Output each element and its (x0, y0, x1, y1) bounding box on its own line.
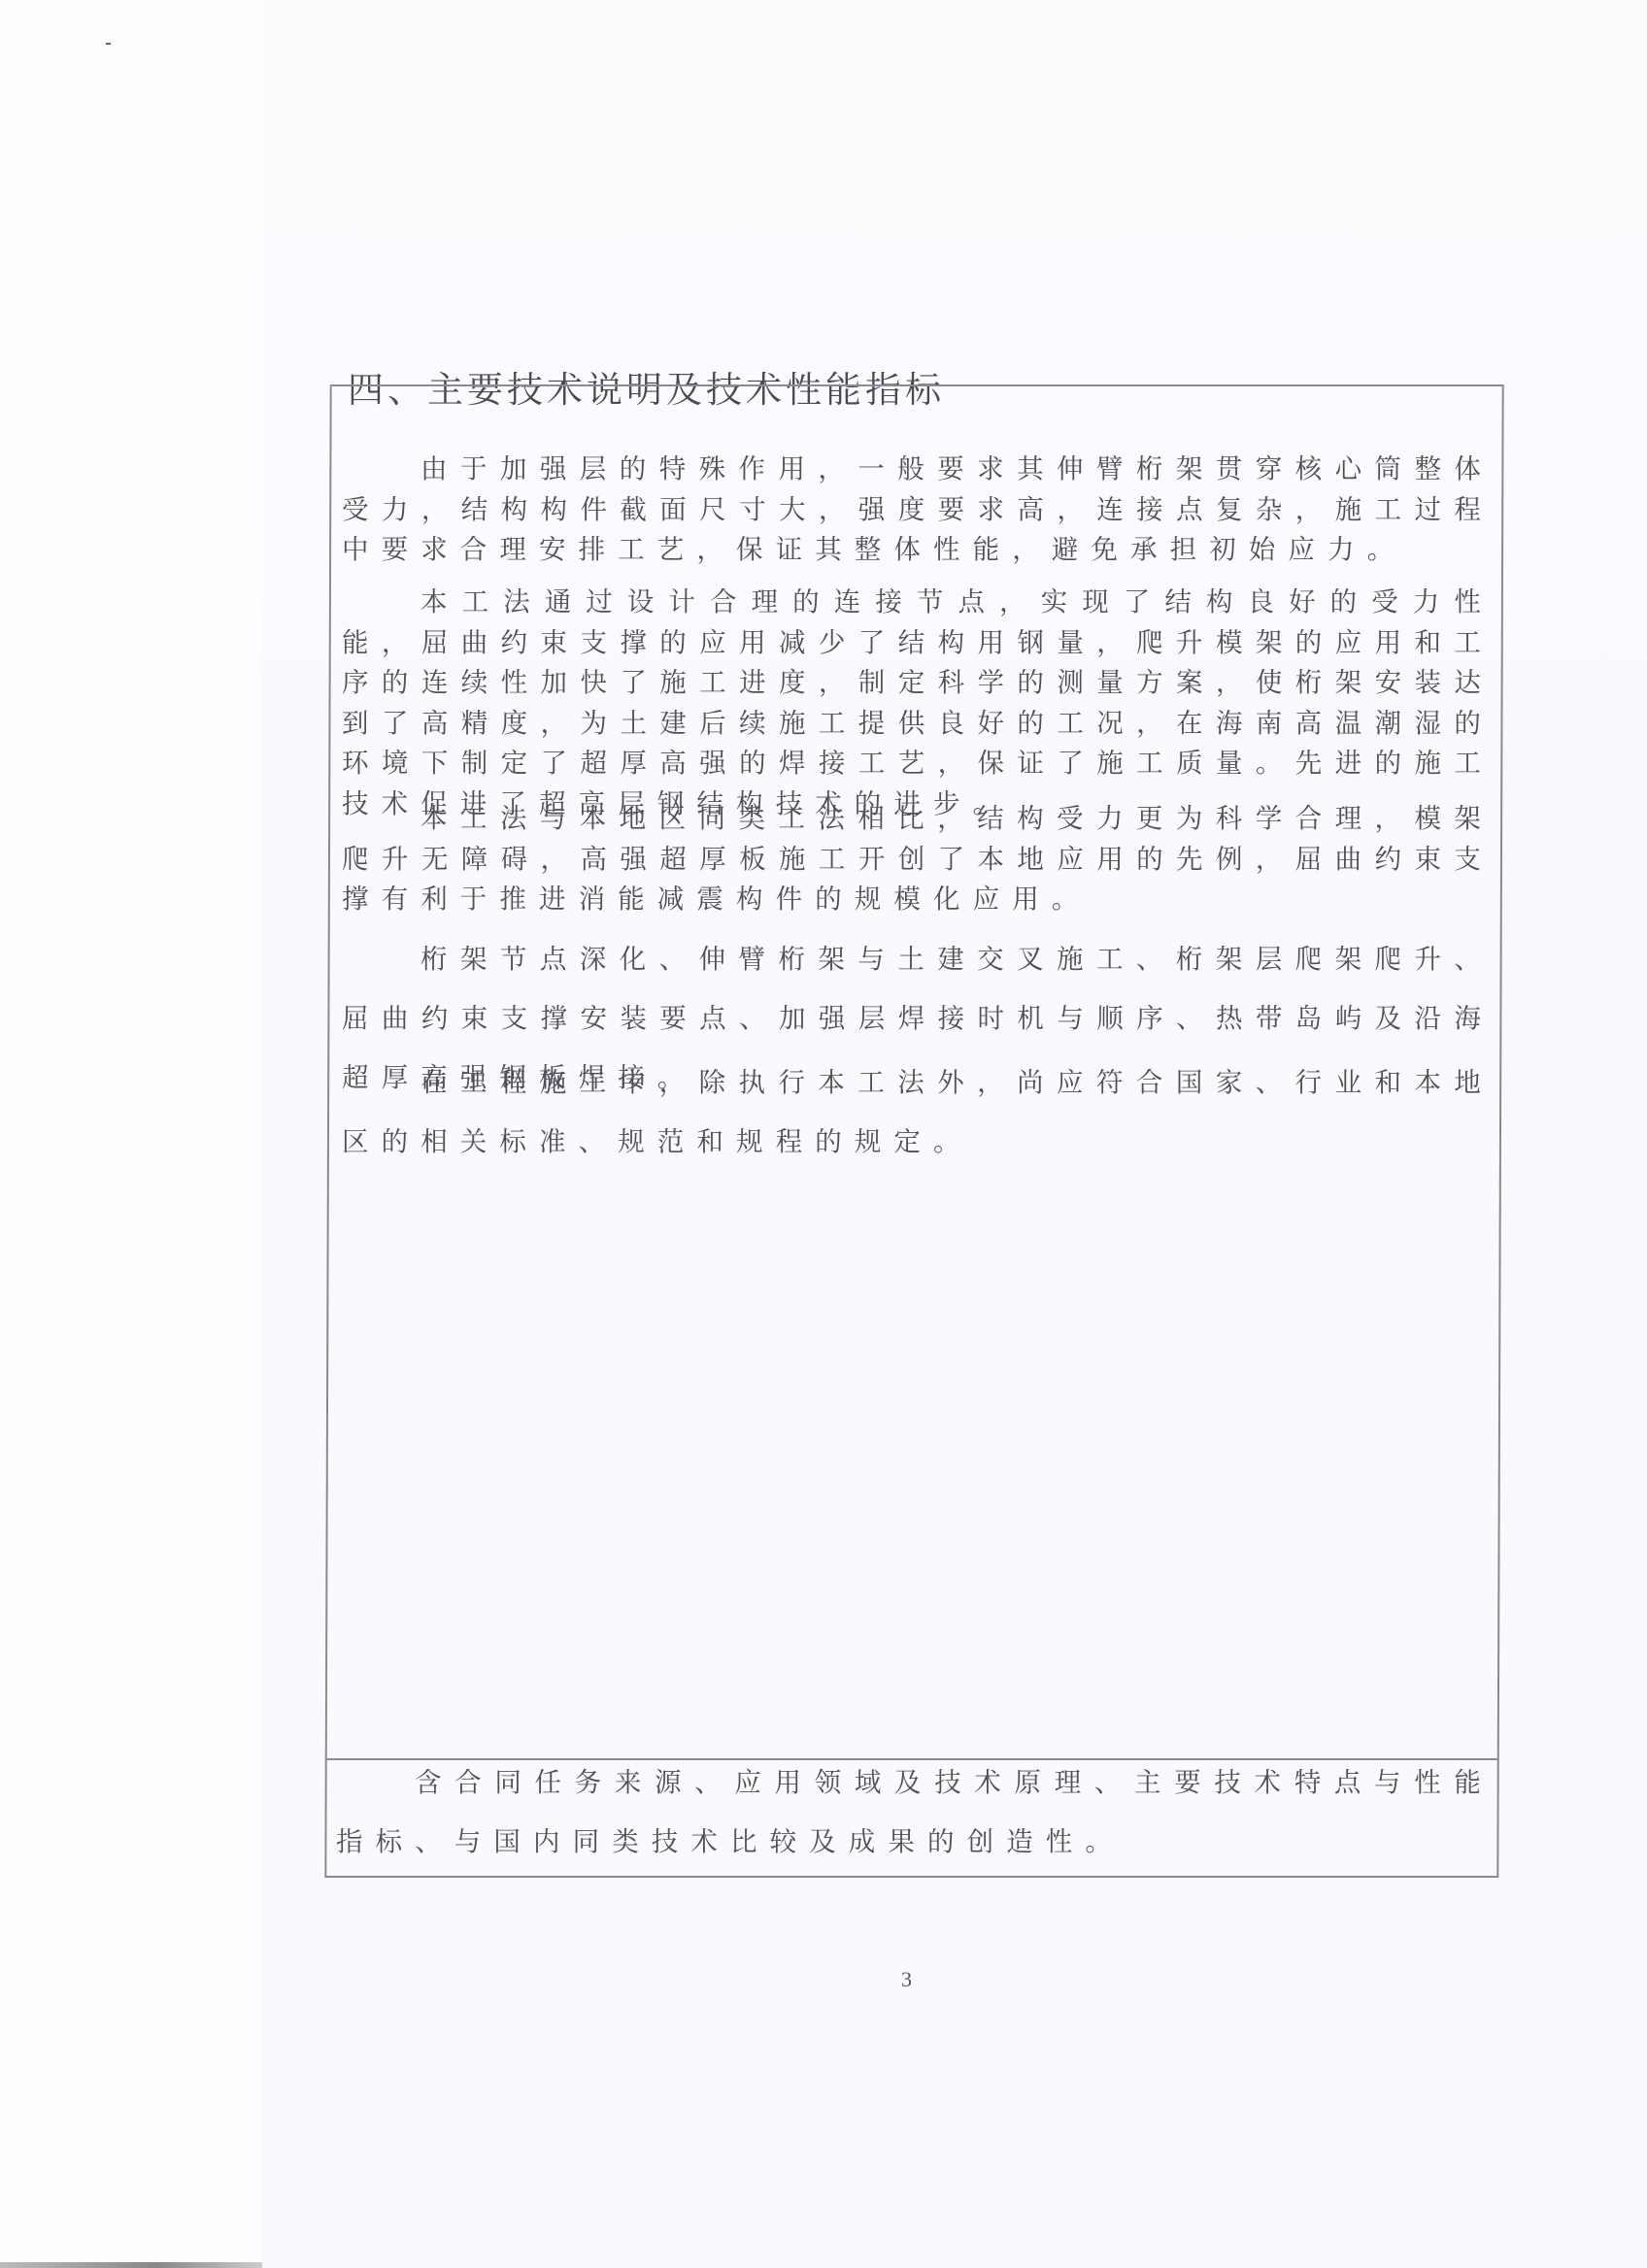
footer-instruction-note: 含合同任务来源、应用领域及技术原理、主要技术特点与性能指标、与国内同类技术比较及… (336, 1753, 1494, 1872)
paragraph-advantages: 本工法通过设计合理的连接节点，实现了结构良好的受力性能，屈曲约束支撑的应用减少了… (342, 583, 1494, 824)
page-number: 3 (901, 1967, 912, 1992)
paragraph-standards: 在工程施工中，除执行本工法外，尚应符合国家、行业和本地区的相关标准、规范和规程的… (342, 1053, 1494, 1172)
scan-mark (106, 43, 111, 45)
scan-edge-shadow (0, 2262, 262, 2268)
paragraph-background: 由于加强层的特殊作用，一般要求其伸臂桁架贯穿核心筒整体受力，结构构件截面尺寸大，… (342, 450, 1494, 571)
paragraph-comparison: 本工法与本地区同类工法相比，结构受力更为科学合理，模架爬升无障碍，高强超厚板施工… (342, 799, 1494, 920)
